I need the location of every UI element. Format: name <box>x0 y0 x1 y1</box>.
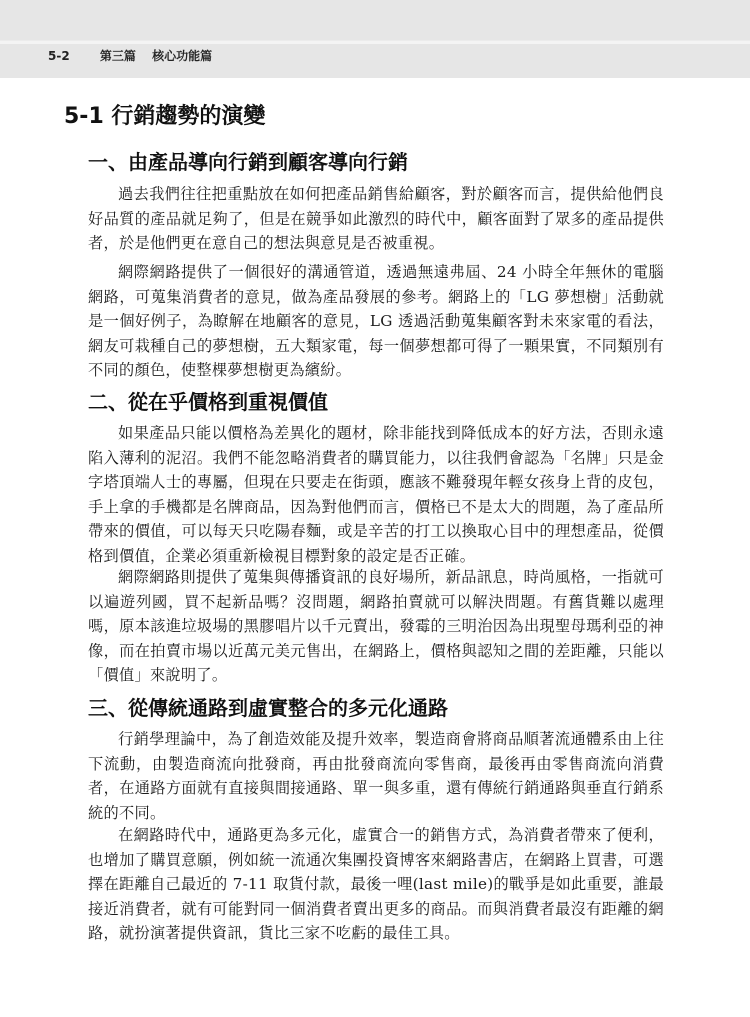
paragraph: 在網路時代中，通路更為多元化，虛實合一的銷售方式，為消費者帶來了便利，也增加了購… <box>88 823 664 946</box>
header-rule <box>0 40 750 44</box>
running-head-text: 5-2 第三篇 核心功能篇 <box>48 47 212 64</box>
paragraph: 過去我們往往把重點放在如何把產品銷售給顧客，對於顧客而言，提供給他們良好品質的產… <box>88 182 664 256</box>
paragraph: 網際網路提供了一個很好的溝通管道，透過無遠弗屆、24 小時全年無休的電腦網路，可… <box>88 260 664 383</box>
subsection-heading-2: 二、從在乎價格到重視價值 <box>88 386 328 415</box>
running-header: 5-2 第三篇 核心功能篇 <box>0 0 750 78</box>
subsection-heading-1: 一、由產品導向行銷到顧客導向行銷 <box>88 146 408 175</box>
paragraph: 行銷學理論中，為了創造效能及提升效率，製造商會將商品順著流通體系由上往下流動，由… <box>88 727 664 825</box>
part-label: 第三篇 <box>100 47 136 64</box>
part-title: 核心功能篇 <box>152 49 212 63</box>
page-number: 5-2 <box>48 49 70 63</box>
paragraph: 如果產品只能以價格為差異化的題材，除非能找到降低成本的好方法，否則永遠陷入薄利的… <box>88 421 664 569</box>
subsection-heading-3: 三、從傳統通路到虛實整合的多元化通路 <box>88 692 448 721</box>
section-title: 5-1 行銷趨勢的演變 <box>64 99 265 130</box>
paragraph: 網際網路則提供了蒐集與傳播資訊的良好場所，新品訊息，時尚風格，一指就可以遍遊列國… <box>88 565 664 688</box>
